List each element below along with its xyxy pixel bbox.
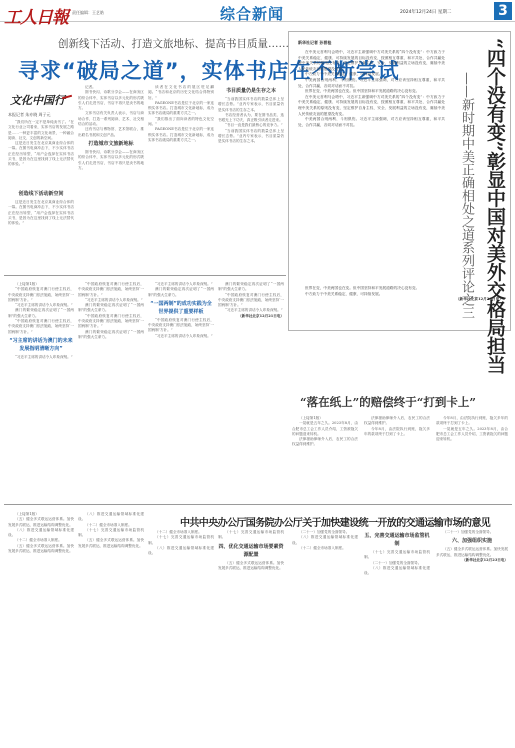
lead-subhead-1: 创造线下活动新空间: [8, 190, 74, 198]
editor-credit: 责任编辑：王艺皓: [72, 10, 104, 16]
macau-credit: （新华社北京12月21日电）: [218, 314, 284, 319]
lead-kicker: 创新线下活动、打造文旅地标、提高书目质量……: [58, 36, 289, 51]
policy-column-1: （上接第1版） （五）健全多式联运运营体系。加快发展多式联运，推进运输结构调整优…: [8, 512, 74, 744]
lead-column-1: “我们所在一定不是单纯卖书了。”在文化行业公司看来，实体书店的发展之路是……一种…: [8, 120, 74, 188]
macau-subhead-2: “习主席的讲话为澳门的未来发展指明清晰方向”: [8, 337, 74, 353]
macau-subhead-1: “一国两制”的成功实践为全世界提供了重要样板: [148, 300, 214, 316]
commentary-title: “四个没有变”彰显中国对美外交格局担当: [480, 38, 504, 373]
lead-byline: 本报记者 朱亦晓 周子元: [8, 112, 51, 118]
section-title: 综合新闻: [220, 3, 284, 24]
page-number-badge: 3: [494, 2, 512, 20]
commentary-source: 新华社记者 孙晋桂: [298, 40, 331, 46]
lead-subhead-3: 书目质量仍是生存之本: [218, 87, 284, 95]
policy-headline: 中共中央办公厅国务院办公厅关于加快建设统一开放的交通运输市场的意见: [180, 514, 490, 529]
issue-date: 2024年12月24日 星期二: [400, 9, 451, 15]
lead-column-4: 书目质量仍是生存之本 “当前我国实体书店的数量总体上呈增长态势。”业内专家表示，…: [218, 85, 284, 270]
policy-section-5: 五、完善交通运输市场监管机制: [364, 532, 430, 548]
policy-column-2: （八）推进交通运输领域标准化建设。 （十二）健全市场准入制度。 （十七）完善交通…: [78, 512, 144, 744]
policy-column-4: （十七）完善交通运输市场监管机制。 四、优化交通运输市场要素资源配置 （五）健全…: [218, 530, 284, 744]
lead-column-2: 记者。 图书快闪、诗歌分享会——在商务区的综合体中，实体书店以多元化的形式吸引人…: [78, 85, 144, 270]
policy-credit: （新华社北京12月23日电）: [436, 558, 508, 563]
newspaper-logo: 工人日報: [4, 3, 68, 28]
wage-column-2: 法律援助律师介入后，农民工的合法权益得到维护。 今年8月，由法院执行到账，拖欠多…: [364, 416, 430, 500]
wage-column-3: 今年8月，由法院执行到账，拖欠多年的款项终于打到了卡上。 一晃就是五年之久。20…: [436, 416, 508, 500]
wage-column-1: （上接第1版） 一晃就是五年之久。2023年8月，由合肥市总工会工作人员介绍，工…: [292, 416, 358, 500]
macau-column-1: （上接第1版） “中国政府恢复对澳门行使主权后，中央政府支持澳门依法施政，始终坚…: [8, 282, 74, 500]
policy-section-4: 四、优化交通运输市场要素资源配置: [218, 543, 284, 559]
commentary-body: 在中美元首利马会晤中，习近平主席强调中方对美关系的“四个没有变”：中方致力于中美…: [298, 50, 445, 318]
masthead: 工人日報 责任编辑：王艺皓 综合新闻 2024年12月24日 星期二 3: [0, 0, 515, 22]
macau-column-4: 澳门的繁荣稳定再次证明了“一国两制”的强大生命力。 “中国政府恢复对澳门行使主权…: [218, 282, 284, 500]
macau-column-2: “中国政府恢复对澳门行使主权后，中央政府支持澳门依法施政，始终坚持‘一国两制’方…: [78, 282, 144, 500]
commentary-subtitle: ——新时期中美正确相处之道系列评论之三: [458, 72, 474, 319]
policy-section-6: 六、加强组织实施: [436, 537, 508, 545]
divider-bottom: [4, 504, 512, 505]
policy-column-7: （二十一）加强党的全面领导。 六、加强组织实施 （五）健全多式联运运营体系。加快…: [436, 530, 508, 744]
wage-headline: “落在纸上”的赔偿终于“打到卡上”: [300, 394, 476, 410]
macau-column-3: “习近平主席的讲话令人印象深刻。” 澳门的繁荣稳定再次证明了“一国两制”的强大生…: [148, 282, 214, 500]
divider-lead: [4, 275, 286, 276]
series-logo: 文化中国行: [10, 92, 65, 108]
policy-column-5: （二十一）加强党的全面领导。 （八）推进交通运输领域标准化建设。 （十二）健全市…: [292, 530, 358, 744]
lead-subhead-2: 打造城市文旅新地标: [78, 140, 144, 148]
lead-column-1b: 创造线下活动新空间 这是近日发生在北京某商业综合体的一幕。在图书电商冲击下，不少…: [8, 188, 74, 268]
lead-column-3: 读者在文化书店的展区驻足翻阅。“书店和北京的历史文化结合得特别好。” PAGEO…: [148, 85, 214, 270]
policy-column-3: （十二）健全市场准入制度。 （十七）完善交通运输市场监管机制。 （八）推进交通运…: [148, 530, 214, 744]
policy-column-6: 五、完善交通运输市场监管机制 （十七）完善交通运输市场监管机制。 （二十一）加强…: [364, 530, 430, 744]
